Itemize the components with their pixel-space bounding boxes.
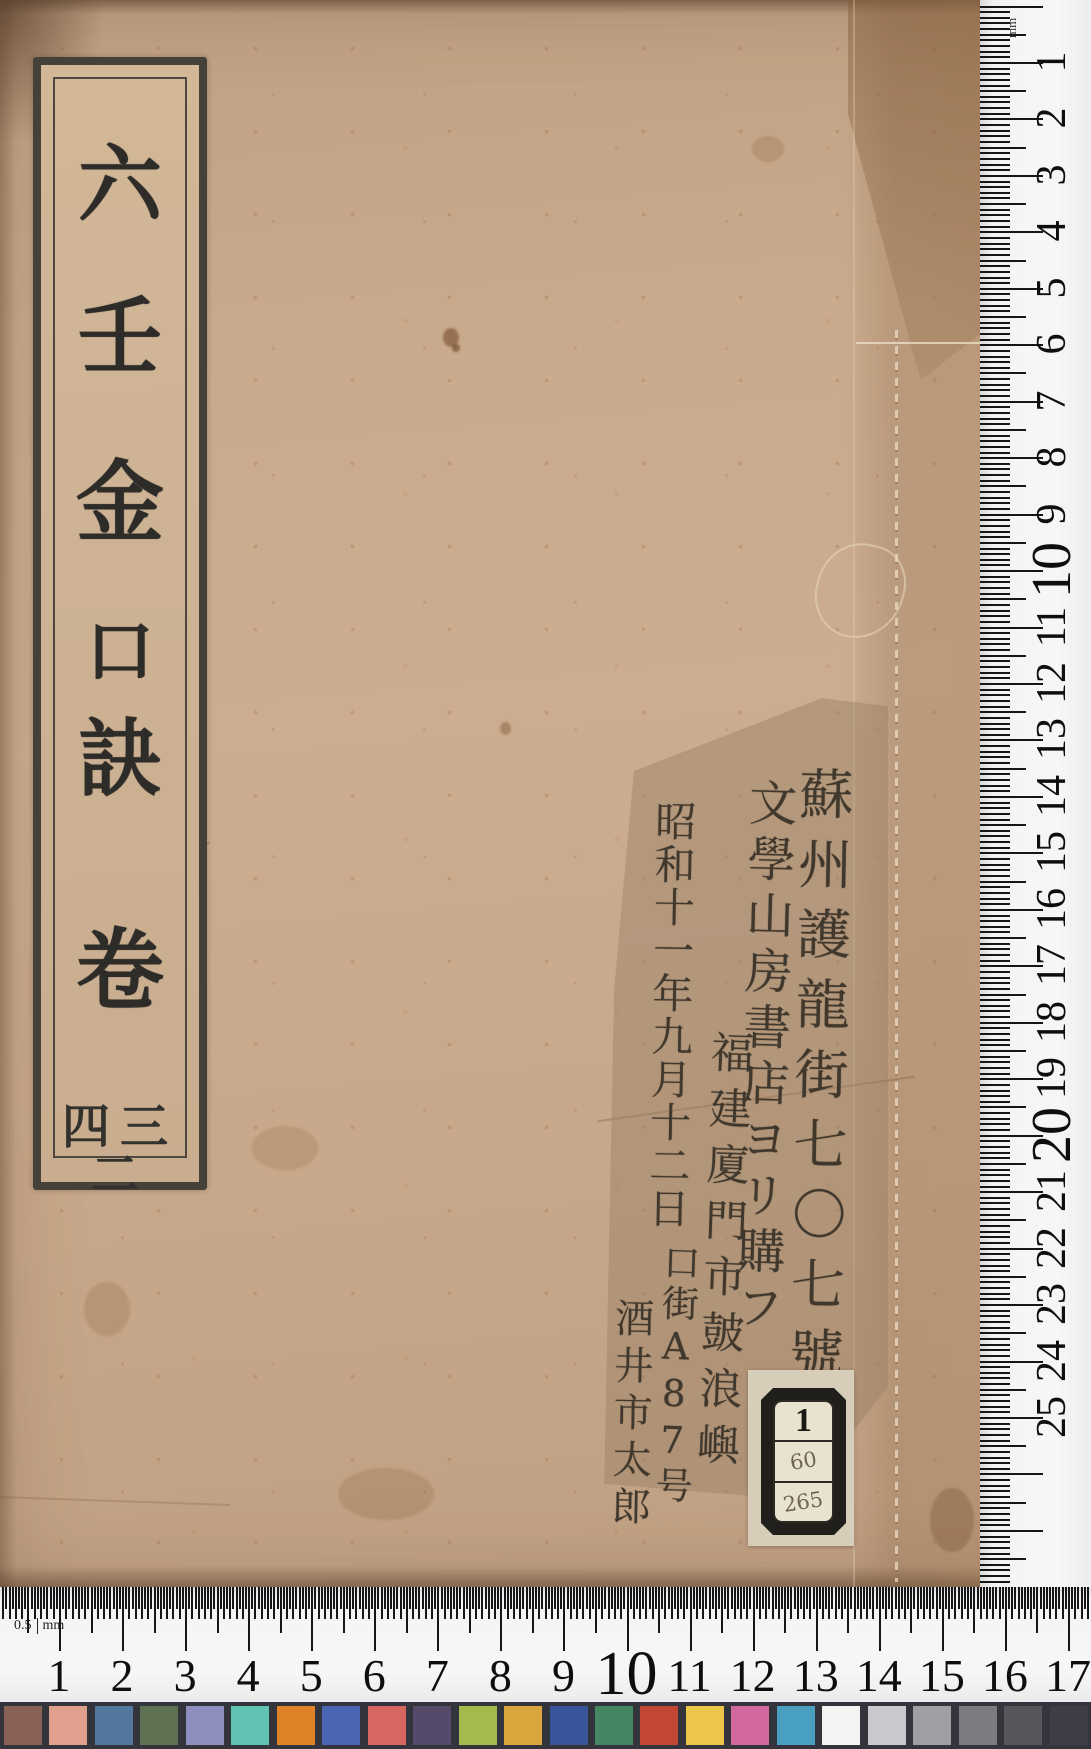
ruler-tick bbox=[286, 1587, 288, 1619]
ruler-tick bbox=[980, 1400, 1010, 1402]
ruler-tick bbox=[872, 1587, 874, 1619]
ruler-number: 19 bbox=[1020, 1046, 1084, 1110]
ruler-tick bbox=[980, 141, 1010, 143]
ruler-tick bbox=[620, 1587, 622, 1619]
ruler-tick bbox=[939, 1587, 941, 1609]
ruler-tick bbox=[980, 948, 1010, 950]
ruler-tick bbox=[456, 1587, 458, 1619]
ruler-tick bbox=[980, 299, 1010, 301]
color-swatch bbox=[595, 1706, 633, 1745]
ruler-tick bbox=[9, 1587, 11, 1619]
ruler-tick bbox=[980, 152, 1010, 154]
ruler-tick bbox=[254, 1587, 256, 1619]
ruler-tick bbox=[693, 1587, 695, 1609]
ruler-tick bbox=[809, 1587, 811, 1619]
ruler-tick bbox=[97, 1587, 99, 1619]
ruler-tick bbox=[699, 1587, 701, 1609]
ruler-tick bbox=[749, 1587, 751, 1609]
ruler-tick bbox=[980, 813, 1010, 815]
ruler-tick bbox=[850, 1587, 852, 1609]
ruler-tick bbox=[980, 480, 1010, 482]
ruler-tick bbox=[980, 649, 1010, 651]
ruler-tick bbox=[980, 28, 1010, 30]
ruler-tick bbox=[740, 1587, 742, 1619]
ruler-tick bbox=[980, 339, 1010, 341]
ruler-tick bbox=[980, 819, 1010, 821]
ruler-tick bbox=[396, 1587, 398, 1609]
ruler-tick bbox=[980, 632, 1010, 634]
ruler-tick bbox=[639, 1587, 641, 1619]
ruler-tick bbox=[53, 1587, 55, 1619]
ruler-tick bbox=[980, 1451, 1010, 1453]
ruler-tick bbox=[980, 745, 1010, 747]
ruler-tick bbox=[75, 1587, 77, 1609]
ruler-tick bbox=[721, 1587, 723, 1633]
ruler-tick bbox=[980, 220, 1010, 222]
printed-title-label: 六 壬 金 口 訣 卷 四三二 bbox=[33, 57, 207, 1190]
color-swatch bbox=[95, 1706, 133, 1745]
ruler-tick bbox=[980, 898, 1010, 900]
ruler-tick bbox=[980, 1231, 1010, 1233]
foxing-spot bbox=[84, 1282, 130, 1336]
ruler-number: 21 bbox=[1020, 1159, 1084, 1223]
ruler-tick bbox=[980, 915, 1010, 917]
ruler-tick bbox=[267, 1587, 269, 1619]
ruler-tick bbox=[756, 1587, 758, 1609]
ruler-tick bbox=[980, 468, 1010, 470]
ruler-tick bbox=[371, 1587, 373, 1609]
ruler-tick bbox=[980, 508, 1010, 510]
ruler-number: 2 bbox=[1020, 86, 1084, 150]
ruler-tick bbox=[478, 1587, 480, 1609]
ruler-tick bbox=[434, 1587, 436, 1609]
ruler-tick bbox=[381, 1587, 383, 1619]
ruler-tick bbox=[980, 847, 1010, 849]
ruler-tick bbox=[636, 1587, 638, 1609]
ruler-tick bbox=[980, 1123, 1010, 1125]
ruler-tick bbox=[980, 1423, 1010, 1425]
ruler-tick bbox=[980, 73, 1010, 75]
foxing-spot bbox=[452, 344, 460, 352]
ruler-tick bbox=[1052, 1587, 1054, 1609]
ruler-tick bbox=[441, 1587, 443, 1609]
ruler-tick bbox=[980, 389, 1010, 391]
cover-top-edge-shadow bbox=[0, 0, 980, 14]
ruler-tick bbox=[204, 1587, 206, 1619]
ruler-tick bbox=[292, 1587, 294, 1619]
ruler-tick bbox=[813, 1587, 815, 1609]
ruler-tick bbox=[980, 1581, 1010, 1583]
catalog-row-middle: 60 bbox=[775, 1440, 832, 1480]
ruler-tick bbox=[507, 1587, 509, 1619]
ruler-tick bbox=[645, 1587, 647, 1619]
ruler-tick bbox=[664, 1587, 666, 1619]
ruler-tick bbox=[59, 1587, 61, 1651]
ruler-tick bbox=[1002, 1587, 1004, 1609]
ruler-tick bbox=[983, 1587, 985, 1609]
ruler-tick bbox=[803, 1587, 805, 1619]
color-swatch bbox=[731, 1706, 769, 1745]
ruler-tick bbox=[116, 1587, 118, 1619]
ruler-tick bbox=[895, 1587, 897, 1609]
ruler-tick bbox=[106, 1587, 108, 1609]
ruler-tick bbox=[576, 1587, 578, 1619]
ruler-tick bbox=[980, 135, 1010, 137]
ruler-tick bbox=[980, 1033, 1010, 1035]
ruler-tick bbox=[980, 954, 1010, 956]
ruler-tick bbox=[72, 1587, 74, 1619]
unit-divider bbox=[37, 1618, 38, 1634]
ruler-tick bbox=[980, 101, 1010, 103]
ruler-tick bbox=[806, 1587, 808, 1609]
color-swatch bbox=[640, 1706, 678, 1745]
ruler-tick bbox=[135, 1587, 137, 1619]
ruler-tick bbox=[980, 406, 1010, 408]
ruler-tick bbox=[368, 1587, 370, 1619]
ruler-tick bbox=[365, 1587, 367, 1609]
ruler-tick bbox=[1058, 1587, 1060, 1609]
ruler-tick bbox=[980, 931, 1010, 933]
ruler-tick bbox=[1081, 1587, 1083, 1619]
cover-left-edge-shadow bbox=[0, 0, 16, 1588]
ruler-tick bbox=[980, 277, 1010, 279]
ruler-tick bbox=[15, 1587, 17, 1619]
ruler-tick bbox=[980, 1519, 1010, 1521]
ruler-tick bbox=[980, 1242, 1010, 1244]
ruler-tick bbox=[519, 1587, 521, 1619]
ruler-tick bbox=[24, 1587, 26, 1609]
ruler-tick bbox=[1030, 1587, 1032, 1619]
note-date-line: 昭和十一年九月十二日 bbox=[644, 800, 692, 1231]
ruler-tick bbox=[179, 1587, 181, 1619]
ruler-tick bbox=[611, 1587, 613, 1609]
ruler-tick bbox=[270, 1587, 272, 1609]
ruler-tick bbox=[980, 1349, 1010, 1351]
ruler-tick bbox=[980, 864, 1010, 866]
ruler-tick bbox=[1065, 1587, 1067, 1609]
ruler-tick bbox=[696, 1587, 698, 1619]
ruler-tick bbox=[980, 1084, 1010, 1086]
ruler-tick bbox=[781, 1587, 783, 1609]
ruler-tick bbox=[980, 1355, 1010, 1357]
color-swatch bbox=[777, 1706, 815, 1745]
ruler-tick bbox=[1018, 1587, 1020, 1619]
ruler-tick bbox=[522, 1587, 524, 1609]
ruler-tick bbox=[980, 226, 1010, 228]
ruler-tick bbox=[980, 1502, 1026, 1504]
ruler-tick bbox=[980, 751, 1010, 753]
ruler-tick bbox=[415, 1587, 417, 1609]
ruler-tick bbox=[980, 378, 1010, 380]
ruler-tick bbox=[980, 107, 1010, 109]
ruler-tick bbox=[980, 587, 1010, 589]
ruler-tick bbox=[390, 1587, 392, 1609]
ruler-tick bbox=[980, 440, 1010, 442]
ruler-tick bbox=[980, 643, 1010, 645]
ruler-tick bbox=[901, 1587, 903, 1609]
ruler-tick bbox=[980, 1473, 1043, 1475]
ruler-tick bbox=[980, 1344, 1010, 1346]
ruler-tick bbox=[220, 1587, 222, 1609]
ruler-tick bbox=[674, 1587, 676, 1609]
ruler-tick bbox=[980, 1490, 1010, 1492]
ruler-tick bbox=[56, 1587, 58, 1609]
ruler-tick bbox=[500, 1587, 502, 1651]
ruler-tick bbox=[980, 672, 1010, 674]
color-swatch bbox=[1004, 1706, 1042, 1745]
catalog-number: 1 bbox=[795, 1402, 812, 1440]
ruler-tick bbox=[213, 1587, 215, 1609]
ruler-tick bbox=[980, 124, 1010, 126]
ruler-tick bbox=[94, 1587, 96, 1609]
color-swatch bbox=[186, 1706, 224, 1745]
ruler-tick bbox=[980, 886, 1010, 888]
ruler-tick bbox=[50, 1587, 52, 1609]
ruler-tick bbox=[980, 305, 1010, 307]
ruler-tick bbox=[844, 1587, 846, 1609]
ruler-tick bbox=[1036, 1587, 1038, 1633]
ruler-tick bbox=[12, 1587, 14, 1609]
ruler-tick bbox=[980, 835, 1010, 837]
ruler-tick bbox=[1068, 1587, 1070, 1651]
ruler-tick bbox=[835, 1587, 837, 1619]
color-swatch bbox=[368, 1706, 406, 1745]
ruler-tick bbox=[980, 706, 1010, 708]
ruler-tick bbox=[743, 1587, 745, 1609]
ruler-tick bbox=[891, 1587, 893, 1619]
ruler-tick bbox=[973, 1587, 975, 1633]
ruler-tick bbox=[705, 1587, 707, 1609]
ruler-tick bbox=[504, 1587, 506, 1609]
ruler-tick bbox=[980, 1186, 1010, 1188]
ruler-tick bbox=[980, 1061, 1010, 1063]
ruler-tick bbox=[494, 1587, 496, 1619]
ruler-tick bbox=[176, 1587, 178, 1609]
color-swatch bbox=[504, 1706, 542, 1745]
ruler-tick bbox=[854, 1587, 856, 1619]
ruler-tick bbox=[100, 1587, 102, 1609]
ruler-tick bbox=[437, 1587, 439, 1651]
ruler-tick bbox=[557, 1587, 559, 1619]
ruler-number: 17 bbox=[1028, 1649, 1091, 1702]
ruler-tick bbox=[727, 1587, 729, 1619]
ruler-tick bbox=[447, 1587, 449, 1609]
ruler-tick bbox=[980, 1485, 1010, 1487]
ruler-tick bbox=[980, 1146, 1010, 1148]
ruler-tick bbox=[980, 1208, 1010, 1210]
ruler-tick bbox=[980, 960, 1010, 962]
ruler-tick bbox=[34, 1587, 36, 1619]
ruler-tick bbox=[661, 1587, 663, 1609]
ruler-tick bbox=[980, 1010, 1010, 1012]
ruler-tick bbox=[409, 1587, 411, 1609]
ruler-tick bbox=[980, 525, 1010, 527]
ruler-tick bbox=[753, 1587, 755, 1651]
ruler-tick bbox=[977, 1587, 979, 1609]
ruler-tick bbox=[980, 243, 1010, 245]
ruler-tick bbox=[980, 1214, 1010, 1216]
ruler-tick bbox=[113, 1587, 115, 1609]
ruler-tick bbox=[980, 423, 1010, 425]
ruler-tick bbox=[210, 1587, 212, 1619]
ruler-tick bbox=[232, 1587, 234, 1609]
ruler-tick bbox=[62, 1587, 64, 1609]
ruler-tick bbox=[91, 1587, 93, 1633]
ruler-tick bbox=[964, 1587, 966, 1609]
ruler-tick bbox=[683, 1587, 685, 1619]
ruler-tick bbox=[838, 1587, 840, 1609]
ruler-tick bbox=[980, 51, 1010, 53]
ruler-tick bbox=[185, 1587, 187, 1651]
ruler-tick bbox=[980, 700, 1010, 702]
title-character: 訣 bbox=[78, 717, 162, 801]
color-swatch bbox=[277, 1706, 315, 1745]
ruler-tick bbox=[980, 977, 1010, 979]
ruler-tick bbox=[980, 519, 1010, 521]
ruler-tick bbox=[980, 1440, 1010, 1442]
ruler-tick bbox=[980, 1411, 1010, 1413]
ruler-tick bbox=[980, 1338, 1010, 1340]
ruler-tick bbox=[488, 1587, 490, 1619]
ruler-tick bbox=[330, 1587, 332, 1619]
foxing-spot bbox=[752, 136, 784, 162]
ruler-tick bbox=[340, 1587, 342, 1609]
ruler-tick bbox=[314, 1587, 316, 1609]
ruler-tick bbox=[980, 1530, 1043, 1532]
ruler-tick bbox=[122, 1587, 124, 1651]
ruler-tick bbox=[567, 1587, 569, 1609]
ruler-tick bbox=[1005, 1587, 1007, 1651]
ruler-tick bbox=[1077, 1587, 1079, 1609]
ruler-tick bbox=[980, 1101, 1010, 1103]
ruler-tick bbox=[680, 1587, 682, 1609]
ruler-tick bbox=[715, 1587, 717, 1619]
catalog-sticker-panel: 1 60 265 bbox=[773, 1400, 834, 1523]
ruler-tick bbox=[299, 1587, 301, 1619]
ruler-tick bbox=[980, 1310, 1010, 1312]
ruler-tick bbox=[762, 1587, 764, 1609]
ruler-tick bbox=[731, 1587, 733, 1609]
ruler-tick bbox=[1027, 1587, 1029, 1609]
ruler-tick bbox=[920, 1587, 922, 1609]
ruler-tick bbox=[945, 1587, 947, 1609]
ruler-tick bbox=[936, 1587, 938, 1619]
ruler-tick bbox=[904, 1587, 906, 1619]
scanned-book-cover-page: 六 壬 金 口 訣 卷 四三二 蘇州護龍街七〇七號 文學山房書店ヨリ購フ 昭和十… bbox=[0, 0, 1091, 1749]
ruler-tick bbox=[980, 734, 1010, 736]
ruler-tick bbox=[418, 1587, 420, 1619]
ruler-tick bbox=[459, 1587, 461, 1609]
ruler-tick bbox=[31, 1587, 33, 1609]
ruler-tick bbox=[980, 446, 1010, 448]
ruler-number: 1 bbox=[1020, 30, 1084, 94]
ruler-tick bbox=[668, 1587, 670, 1609]
ruler-tick bbox=[778, 1587, 780, 1619]
ruler-tick bbox=[352, 1587, 354, 1609]
ruler-tick bbox=[980, 367, 1010, 369]
ruler-tick bbox=[554, 1587, 556, 1609]
ruler-tick bbox=[923, 1587, 925, 1619]
ruler-tick bbox=[469, 1587, 471, 1633]
ruler-tick bbox=[295, 1587, 297, 1609]
ruler-tick bbox=[825, 1587, 827, 1609]
catalog-row-bottom: 265 bbox=[775, 1481, 832, 1521]
ruler-tick bbox=[980, 1541, 1010, 1543]
ruler-tick bbox=[980, 1140, 1010, 1142]
ruler-tick bbox=[768, 1587, 770, 1609]
ruler-tick bbox=[980, 694, 1010, 696]
book-cover-photo: 六 壬 金 口 訣 卷 四三二 蘇州護龍街七〇七號 文學山房書店ヨリ購フ 昭和十… bbox=[0, 0, 1091, 1588]
ruler-tick bbox=[428, 1587, 430, 1609]
ruler-tick bbox=[980, 197, 1010, 199]
ruler-tick bbox=[980, 728, 1010, 730]
ruler-number: 3 bbox=[1020, 143, 1084, 207]
ruler-number: 9 bbox=[1020, 482, 1084, 546]
ruler-tick bbox=[980, 1157, 1010, 1159]
ruler-tick bbox=[132, 1587, 134, 1609]
ruler-number: 7 bbox=[1020, 369, 1084, 433]
ruler-tick bbox=[980, 621, 1010, 623]
ruler-tick bbox=[980, 1513, 1010, 1515]
ruler-tick bbox=[980, 1044, 1010, 1046]
color-swatch bbox=[459, 1706, 497, 1745]
ruler-tick bbox=[154, 1587, 156, 1633]
ruler-tick bbox=[980, 1315, 1010, 1317]
ruler-number: 5 bbox=[1020, 256, 1084, 320]
ruler-tick bbox=[860, 1587, 862, 1619]
ruler-tick bbox=[541, 1587, 543, 1609]
ruler-tick bbox=[655, 1587, 657, 1609]
ruler-tick bbox=[308, 1587, 310, 1609]
ruler-number: 14 bbox=[1020, 764, 1084, 828]
ruler-tick bbox=[2, 1587, 4, 1619]
ruler-tick bbox=[910, 1587, 912, 1633]
ruler-tick bbox=[355, 1587, 357, 1619]
ruler-tick bbox=[346, 1587, 348, 1609]
ruler-tick bbox=[980, 1428, 1010, 1430]
ruler-tick bbox=[169, 1587, 171, 1609]
catalog-sticker-frame: 1 60 265 bbox=[761, 1388, 846, 1535]
ruler-tick bbox=[68, 1587, 70, 1609]
ruler-tick bbox=[980, 1152, 1010, 1154]
ruler-tick bbox=[277, 1587, 279, 1609]
ruler-tick bbox=[932, 1587, 934, 1609]
ruler-tick bbox=[980, 1118, 1010, 1120]
ruler-tick bbox=[917, 1587, 919, 1619]
ruler-tick bbox=[141, 1587, 143, 1619]
ruler-tick bbox=[78, 1587, 80, 1619]
ruler-tick bbox=[980, 1496, 1010, 1498]
ruler-tick bbox=[980, 186, 1010, 188]
ruler-tick bbox=[598, 1587, 600, 1609]
ruler-tick bbox=[251, 1587, 253, 1609]
foxing-spot bbox=[930, 1488, 974, 1552]
ruler-tick bbox=[734, 1587, 736, 1619]
ruler-tick bbox=[980, 920, 1010, 922]
ruler-tick bbox=[302, 1587, 304, 1609]
ruler-tick bbox=[980, 418, 1010, 420]
ruler-tick bbox=[551, 1587, 553, 1619]
ruler-number: 15 bbox=[1020, 820, 1084, 884]
ruler-tick bbox=[980, 85, 1010, 87]
ruler-tick bbox=[980, 1366, 1010, 1368]
ruler-tick bbox=[65, 1587, 67, 1619]
ruler-tick bbox=[980, 1225, 1010, 1227]
binding-thread-horizontal bbox=[856, 342, 980, 344]
ruler-tick bbox=[526, 1587, 528, 1619]
ruler-tick bbox=[885, 1587, 887, 1619]
ruler-tick bbox=[980, 841, 1010, 843]
